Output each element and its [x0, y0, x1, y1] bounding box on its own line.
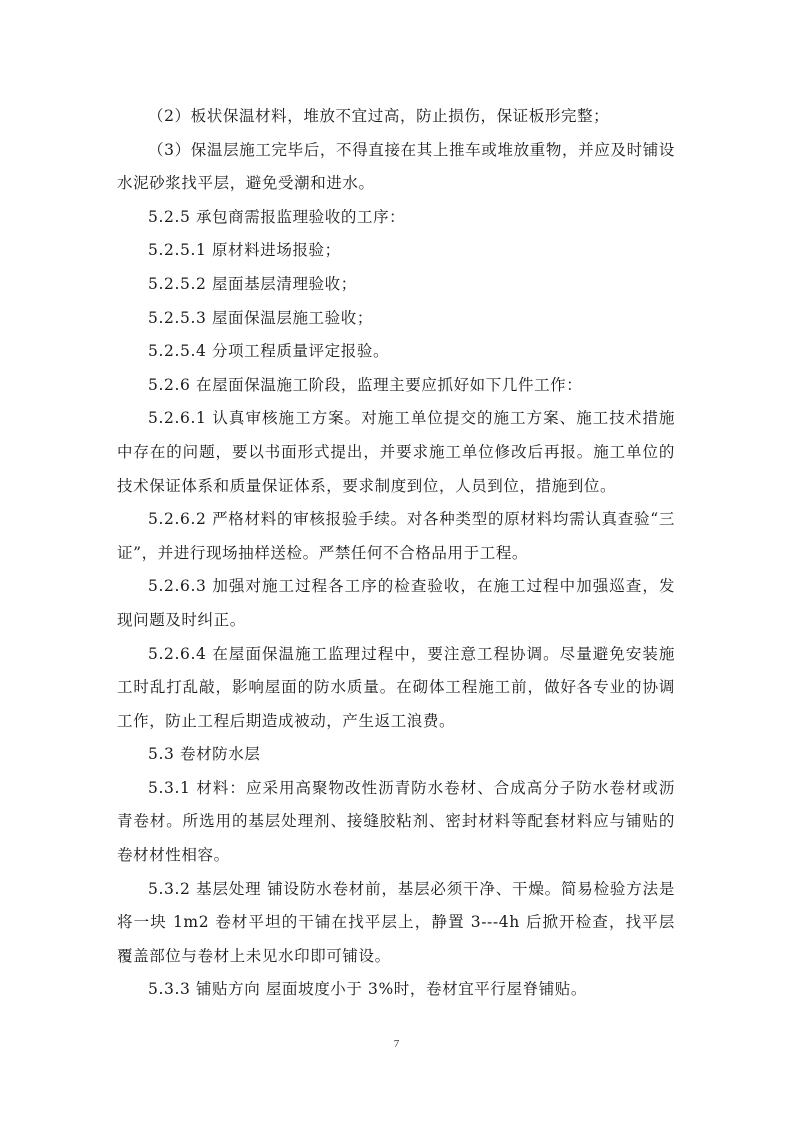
list-item-5-2-5-1: 5.2.5.1 原材料进场报验； — [117, 234, 675, 268]
paragraph-5-2-6-1: 5.2.6.1 认真审核施工方案。对施工单位提交的施工方案、施工技术措施中存在的… — [117, 402, 675, 503]
paragraph-5-2-6-3: 5.2.6.3 加强对施工过程各工序的检查验收，在施工过程中加强巡查，发现问题及… — [117, 570, 675, 637]
paragraph-5-2-6-2: 5.2.6.2 严格材料的审核报验手续。对各种类型的原材料均需认真查验“三证”，… — [117, 503, 675, 570]
paragraph-5-3-2: 5.3.2 基层处理 铺设防水卷材前，基层必须干净、干燥。简易检验方法是将一块 … — [117, 873, 675, 974]
heading-5-2-6: 5.2.6 在屋面保温施工阶段，监理主要应抓好如下几件工作： — [117, 369, 675, 403]
heading-5-3: 5.3 卷材防水层 — [117, 738, 675, 772]
document-page: （2）板状保温材料，堆放不宜过高，防止损伤，保证板形完整； （3）保温层施工完毕… — [0, 0, 793, 1122]
list-item-5-2-5-3: 5.2.5.3 屋面保温层施工验收； — [117, 302, 675, 336]
paragraph-5-3-1: 5.3.1 材料：应采用高聚物改性沥青防水卷材、合成高分子防水卷材或沥青卷材。所… — [117, 772, 675, 873]
document-body: （2）板状保温材料，堆放不宜过高，防止损伤，保证板形完整； （3）保温层施工完毕… — [117, 100, 675, 1007]
heading-5-2-5: 5.2.5 承包商需报监理验收的工序： — [117, 201, 675, 235]
list-item-5-2-5-4: 5.2.5.4 分项工程质量评定报验。 — [117, 335, 675, 369]
page-number: 7 — [0, 1038, 793, 1050]
paragraph-5-3-3: 5.3.3 铺贴方向 屋面坡度小于 3%时，卷材宜平行屋脊铺贴。 — [117, 973, 675, 1007]
paragraph-insulation-protection: （3）保温层施工完毕后，不得直接在其上推车或堆放重物，并应及时铺设水泥砂浆找平层… — [117, 134, 675, 201]
paragraph-storage-board: （2）板状保温材料，堆放不宜过高，防止损伤，保证板形完整； — [117, 100, 675, 134]
list-item-5-2-5-2: 5.2.5.2 屋面基层清理验收； — [117, 268, 675, 302]
paragraph-5-2-6-4: 5.2.6.4 在屋面保温施工监理过程中，要注意工程协调。尽量避免安装施工时乱打… — [117, 638, 675, 739]
